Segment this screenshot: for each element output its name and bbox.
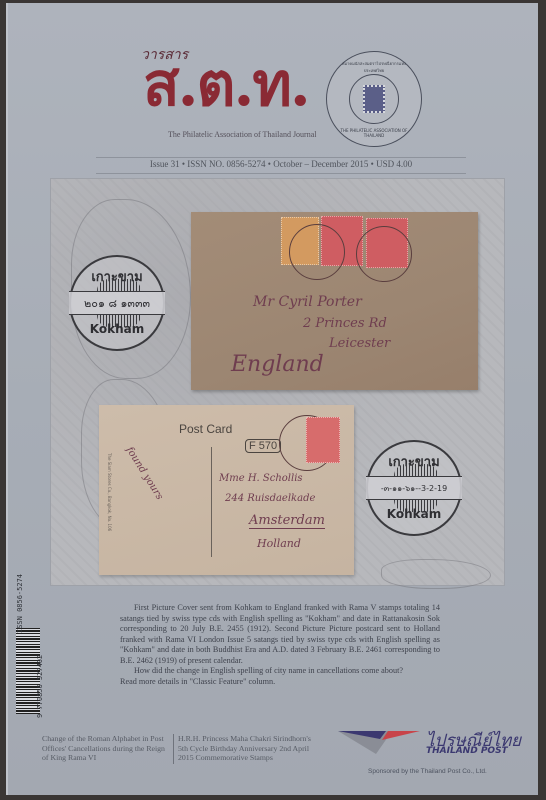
envelope-cover: Mr Cyril Porter 2 Princes Rd Leicester E… [191,212,478,390]
postmark-icon [289,224,345,280]
caption-question: How did the change in English spelling o… [120,666,440,677]
journal-logo: ส.ต.ท. [143,55,309,115]
kohkam-cancellation: เกาะขาม -๓-๑๑-๖๑--3-2-19 Kohkam [366,440,462,536]
address-line: England [231,352,324,377]
cancel-date: ๒๐๑ ๘ ๑๓๓๓ [69,291,165,315]
postcard-publisher-text: The Siam Stores Co., Bangkok, No. 106 [107,453,112,531]
cover-caption: First Picture Cover sent from Kohkam to … [120,603,440,687]
feature-headline-right: H.R.H. Princess Maha Chakri Sirindhorn's… [178,734,318,763]
address-line: 244 Ruisdaelkade [225,493,315,504]
seal-english-text: THE PHILATELIC ASSOCIATION OF THAILAND [335,128,413,138]
barcode-digits: 9 770856 527402 [36,628,46,718]
stamp-red-icon [306,417,340,463]
cancel-roman-name: Kokham [71,322,163,336]
journal-subtitle: The Philatelic Association of Thailand J… [168,130,317,139]
postmark-icon [356,226,412,282]
postcard-title: Post Card [179,422,232,436]
thailand-post-english: THAILAND POST [426,746,508,756]
address-line: Amsterdam [249,513,325,529]
address-line: Leicester [329,336,390,351]
seal-stamp-icon [363,85,385,113]
address-line: Mme H. Schollis [219,473,303,484]
address-line: 2 Princes Rd [303,316,387,331]
margin-note: found yours [124,445,165,502]
cancel-roman-name: Kohkam [368,507,460,521]
cancel-date: -๓-๑๑-๖๑--3-2-19 [366,476,462,500]
barcode-issn: ISSN 0856-5274 [16,553,26,633]
seal-thai-text: สมาคมนักสะสมตราไปรษณียากรแห่งประเทศไทย [335,60,413,74]
ornament-drawing [381,559,491,589]
postcard-divider [211,447,212,557]
caption-paragraph: First Picture Cover sent from Kohkam to … [120,603,440,666]
issue-info: Issue 31 • ISSN NO. 0856-5274 • October … [96,159,466,169]
magazine-cover: วารสาร ส.ต.ท. The Philatelic Association… [6,3,538,795]
issue-rule [96,157,466,158]
issue-rule [96,173,466,174]
caption-read-more: Read more details in "Classic Feature" c… [120,677,440,688]
feature-headline-left: Change of the Roman Alphabet in Post Off… [42,734,172,763]
cancel-hatching [97,279,141,291]
feature-divider [173,734,174,764]
cancel-hatching [394,464,438,476]
postcard-code: F 570 [245,439,281,453]
address-line: Holland [257,537,301,550]
sponsor-credit: Sponsored by the Thailand Post Co., Ltd. [368,768,487,775]
kokham-cancellation: เกาะขาม ๒๐๑ ๘ ๑๓๓๓ Kokham [69,255,165,351]
association-seal-icon: สมาคมนักสะสมตราไปรษณียากรแห่งประเทศไทย T… [326,51,422,147]
postcard: Post Card The Siam Stores Co., Bangkok, … [99,405,354,575]
address-line: Mr Cyril Porter [253,294,362,310]
